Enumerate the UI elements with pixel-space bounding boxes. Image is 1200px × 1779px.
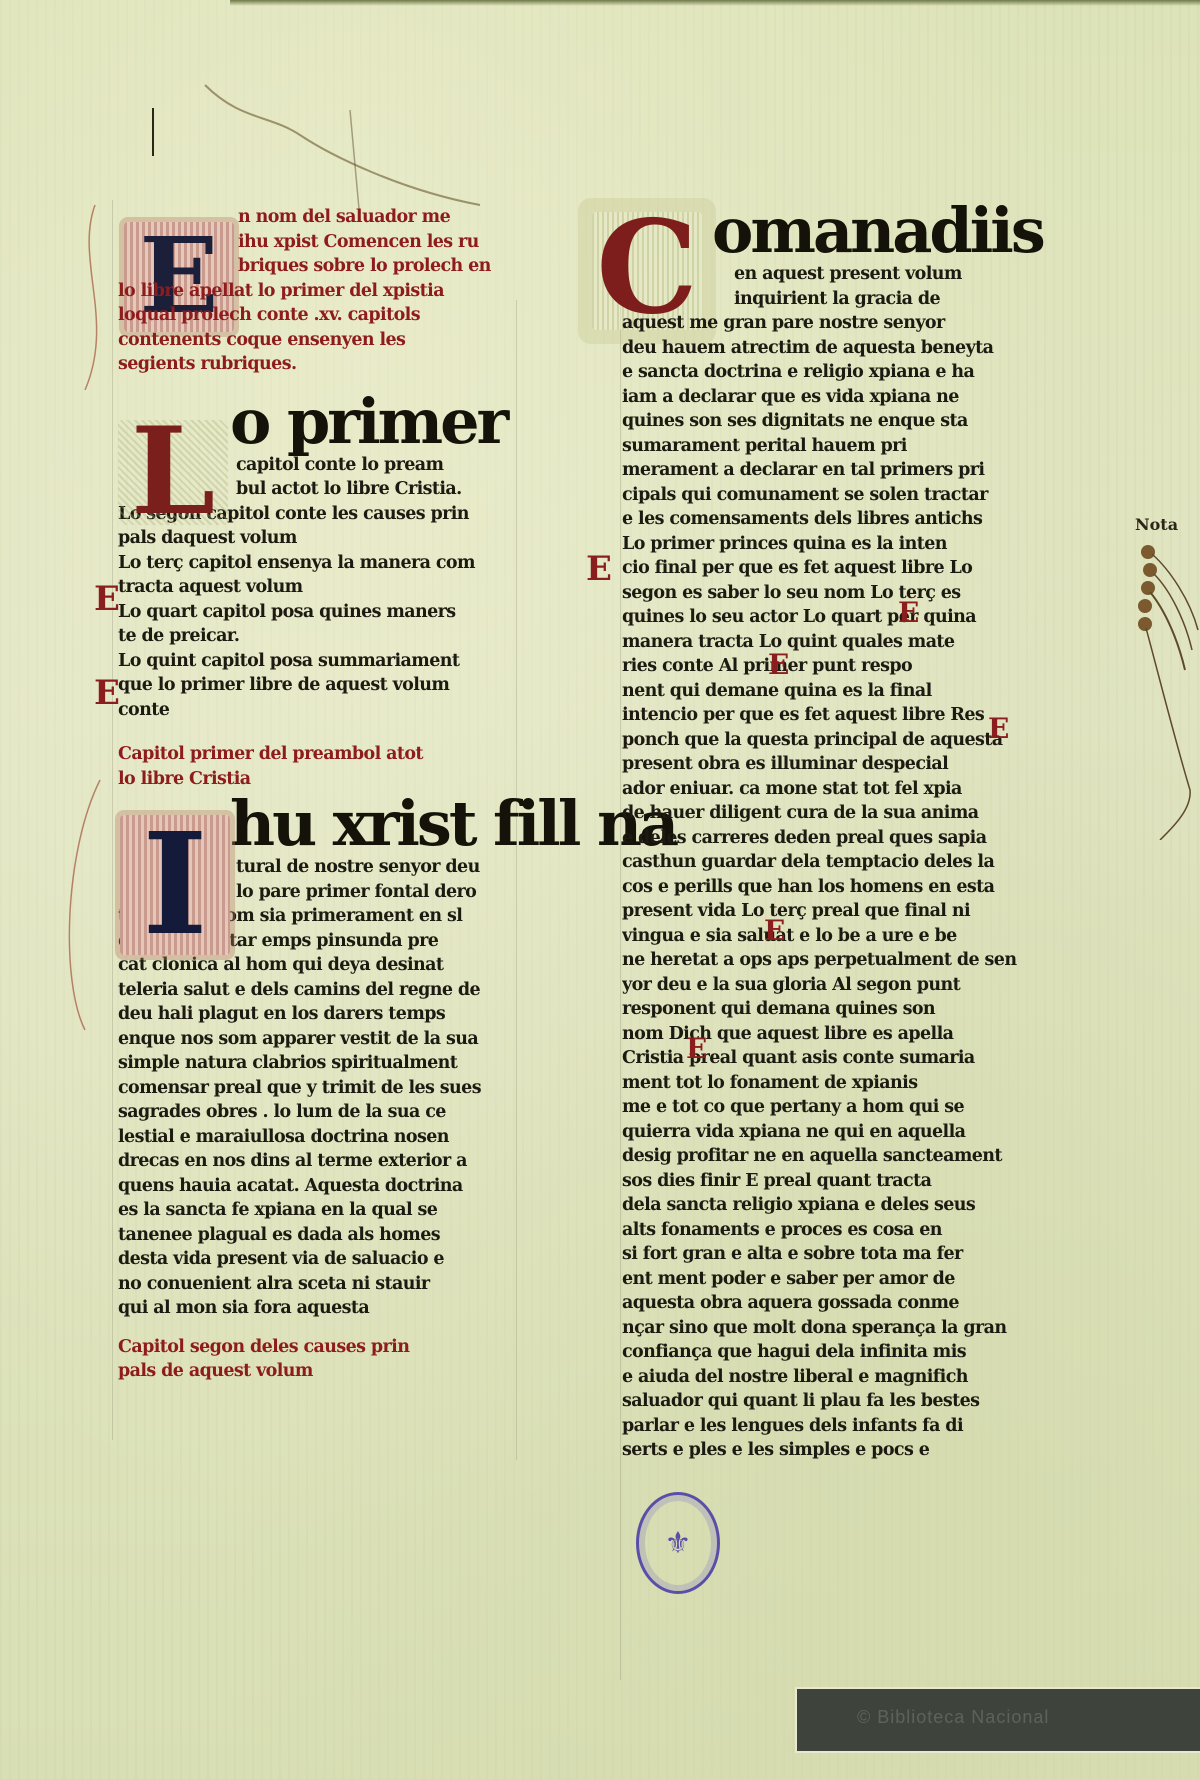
paragraph-mark-icon: E <box>898 596 919 630</box>
rubric-line: loqual prolech conte .xv. capitols <box>118 303 548 328</box>
text-line: yor deu e la sua gloria Al segon punt <box>622 973 1062 998</box>
text-line: responent qui demana quines son <box>622 997 1062 1022</box>
text-line: simple natura clabrios spiritualment <box>118 1051 548 1076</box>
text-line: ne heretat a ops aps perpetualment de se… <box>622 948 1062 973</box>
rubric-line: briques sobre lo prolech en <box>238 254 548 279</box>
text-line: me e tot co que pertany a hom qui se <box>622 1095 1062 1120</box>
text-line: quines lo seu actor Lo quart per quina <box>622 605 1062 630</box>
text-line: iam a declarar que es vida xpiana ne <box>622 385 1062 410</box>
pen-flourish-top <box>200 80 560 220</box>
text-line: inquirient la gracia de <box>734 287 1062 312</box>
right-column: omanadiis en aquest present volum inquir… <box>622 200 1062 1463</box>
column-ruling-right <box>620 300 621 1680</box>
text-line: deu hali plagut en los darers temps <box>118 1002 548 1027</box>
text-line: saluador qui quant li plau fa les bestes <box>622 1389 1062 1414</box>
text-line: no conuenient alra sceta ni stauir <box>118 1272 548 1297</box>
text-line: casthun guardar dela temptacio deles la <box>622 850 1062 875</box>
text-line: drecas en nos dins al terme exterior a <box>118 1149 548 1174</box>
text-line: sos dies finir E preal quant tracta <box>622 1169 1062 1194</box>
margin-tick <box>148 108 158 158</box>
text-line: nçar sino que molt dona sperança la gran <box>622 1316 1062 1341</box>
text-line: ries conte Al primer punt respo <box>622 654 1062 679</box>
text-line: cio final per que es fet aquest libre Lo <box>622 556 1062 581</box>
paragraph-mark-icon: E <box>94 676 120 710</box>
text-line: segon es saber lo seu nom Lo terç es <box>622 581 1062 606</box>
text-line: ent ment poder e saber per amor de <box>622 1267 1062 1292</box>
text-line: ment tot lo fonament de xpianis <box>622 1071 1062 1096</box>
text-line: present obra es illuminar despecial <box>622 752 1062 777</box>
text-line: quierra vida xpiana ne qui en aquella <box>622 1120 1062 1145</box>
paragraph-mark-icon: E <box>94 582 120 616</box>
text-line: quens hauia acatat. Aquesta doctrina <box>118 1174 548 1199</box>
text-line: lestial e maraiullosa doctrina nosen <box>118 1125 548 1150</box>
text-line: deu hauem atrectim de aquesta beneyta <box>622 336 1062 361</box>
watermark-text: © Biblioteca Nacional <box>857 1707 1049 1728</box>
text-line: desig profitar ne en aquella sancteament <box>622 1144 1062 1169</box>
manuscript-page: E n nom del saluador me ihu xpist Comenc… <box>0 0 1200 1779</box>
text-line: de hauer diligent cura de la sua anima <box>622 801 1062 826</box>
text-line: tracta aquest volum <box>118 575 548 600</box>
text-line: Lo primer princes quina es la inten <box>622 532 1062 557</box>
text-line: parlar e les lengues dels infants fa di <box>622 1414 1062 1439</box>
text-line: quines son ses dignitats ne enque sta <box>622 409 1062 434</box>
paragraph-mark-icon: E <box>686 1032 707 1066</box>
text-line: tanenee plagual es dada als homes <box>118 1223 548 1248</box>
text-line: aquest me gran pare nostre senyor <box>622 311 1062 336</box>
rubric-line: segients rubriques. <box>118 352 548 377</box>
text-line: Lo terç capitol ensenya la manera com <box>118 551 548 576</box>
text-line: e les comensaments dels libres antichs <box>622 507 1062 532</box>
text-line: sagrades obres . lo lum de la sua ce <box>118 1100 548 1125</box>
text-line: si fort gran e alta e sobre tota ma fer <box>622 1242 1062 1267</box>
text-line: es la sancta fe xpiana en la qual se <box>118 1198 548 1223</box>
text-line: enque nos som apparer vestit de la sua <box>118 1027 548 1052</box>
text-line: e deles carreres deden preal ques sapia <box>622 826 1062 851</box>
text-line: dela sancta religio xpiana e deles seus <box>622 1193 1062 1218</box>
illuminated-initial-i: I <box>120 815 230 955</box>
text-line: comensar preal que y trimit de les sues <box>118 1076 548 1101</box>
text-line: aquesta obra aquera gossada conme <box>622 1291 1062 1316</box>
text-line: cos e perills que han los homens en esta <box>622 875 1062 900</box>
text-line: serts e ples e les simples e pocs e <box>622 1438 1062 1463</box>
rubric-line: n nom del saluador me <box>238 205 548 230</box>
paragraph-mark-icon: E <box>586 552 612 586</box>
watermark-bar: © Biblioteca Nacional <box>795 1687 1200 1753</box>
text-line: alts fonaments e proces es cosa en <box>622 1218 1062 1243</box>
text-line: e sancta doctrina e religio xpiana e ha <box>622 360 1062 385</box>
intro-rubric-indented: n nom del saluador me ihu xpist Comencen… <box>118 205 548 279</box>
rubric-line: ihu xpist Comencen les ru <box>238 230 548 255</box>
manicule-drawing-icon <box>1130 540 1200 840</box>
page-top-edge <box>230 0 1200 6</box>
text-line: cipals qui comunament se solen tractar <box>622 483 1062 508</box>
left-column: n nom del saluador me ihu xpist Comencen… <box>118 205 548 1384</box>
margin-note: Nota <box>1135 515 1178 534</box>
text-line: merament a declarar en tal primers pri <box>622 458 1062 483</box>
text-line: qui al mon sia fora aquesta <box>118 1296 548 1321</box>
text-line: vingua e sia saluat e lo be a ure e be <box>622 924 1062 949</box>
text-line: bul actot lo libre Cristia. <box>236 477 548 502</box>
text-line: Lo quart capitol posa quines maners <box>118 600 548 625</box>
heading-comanadiis: omanadiis <box>622 200 1062 262</box>
chapter-rubric: Capitol primer del preambol atot <box>118 742 548 767</box>
text-line: sumarament perital hauem pri <box>622 434 1062 459</box>
text-line: lo pare primer fontal dero <box>236 880 548 905</box>
illuminated-initial-l: L <box>118 420 228 525</box>
text-line: desta vida present via de saluacio e <box>118 1247 548 1272</box>
chapter-rubric: Capitol segon deles causes prin <box>118 1335 548 1360</box>
paragraph-mark-icon: E <box>988 712 1009 746</box>
text-line: conte <box>118 698 548 723</box>
paragraph-mark-icon: E <box>764 914 785 948</box>
library-stamp: ⚜ <box>636 1492 720 1594</box>
text-line: ador eniuar. ca mone stat tot fel xpia <box>622 777 1062 802</box>
paragraph-mark-icon: E <box>768 648 789 682</box>
text-line: confiança que hagui dela infinita mis <box>622 1340 1062 1365</box>
stamp-emblem-icon: ⚜ <box>665 1526 692 1561</box>
text-line: present vida Lo terç preal que final ni <box>622 899 1062 924</box>
text-line: que lo primer libre de aquest volum <box>118 673 548 698</box>
chapter-rubric: pals de aquest volum <box>118 1359 548 1384</box>
pen-flourish-left-margin <box>55 200 125 1050</box>
text-line: teleria salut e dels camins del regne de <box>118 978 548 1003</box>
text-line: manera tracta Lo quint quales mate <box>622 630 1062 655</box>
text-line: Lo quint capitol posa summariament <box>118 649 548 674</box>
text-line: te de preicar. <box>118 624 548 649</box>
text-line: e aiuda del nostre liberal e magnifich <box>622 1365 1062 1390</box>
rubric-line: lo libre apellat lo primer del xpistia <box>118 279 548 304</box>
rubric-line: contenents coque ensenyen les <box>118 328 548 353</box>
text-line: nent qui demane quina es la final <box>622 679 1062 704</box>
